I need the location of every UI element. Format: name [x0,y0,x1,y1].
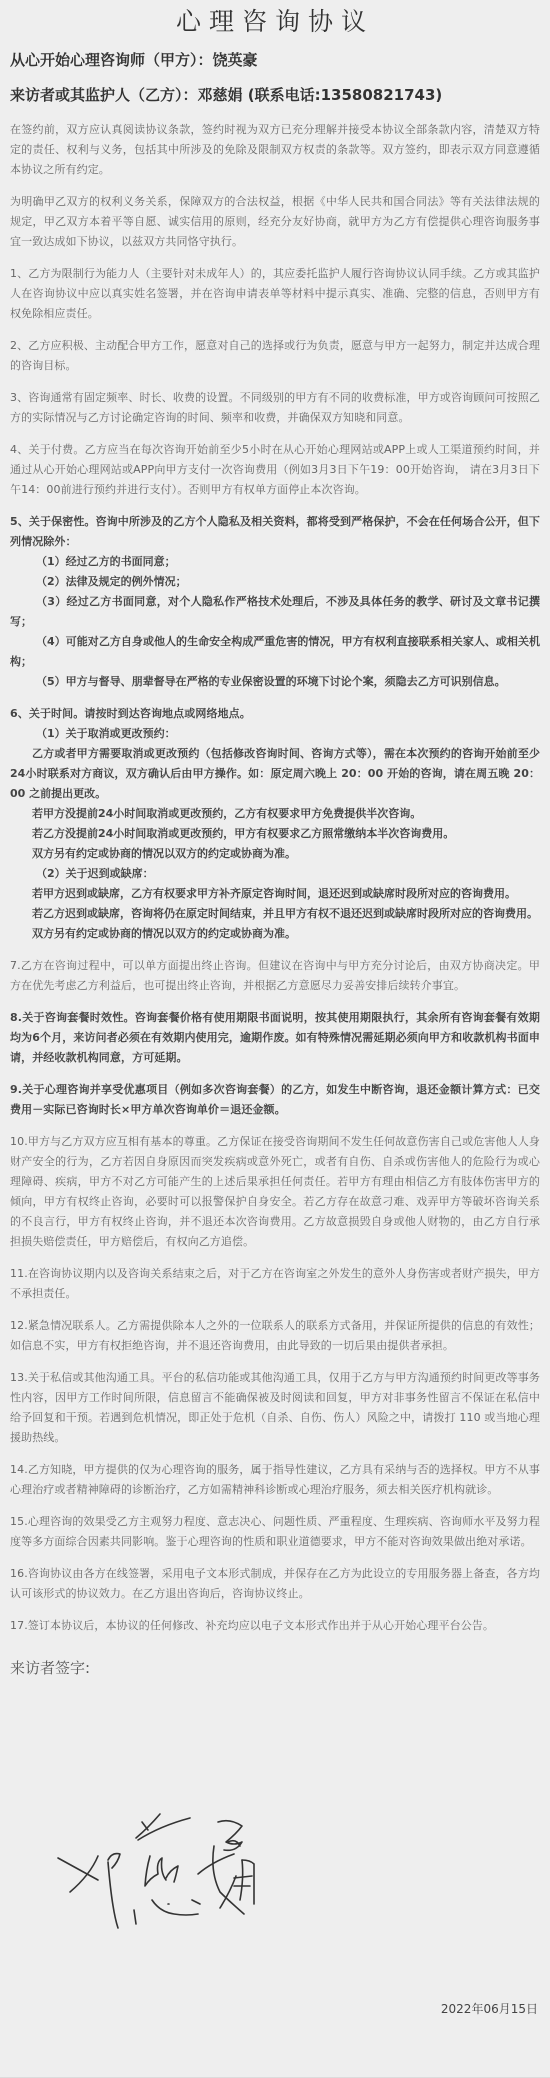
clause-8: 8.关于咨询套餐时效性。咨询套餐价格有使用期限书面说明，按其使用期限执行，其余所… [10,1008,540,1068]
clause-6-sub1-a: 若甲方没提前24小时间取消或更改预约，乙方有权要求甲方免费提供半次咨询。 [10,804,540,824]
clause-6-sub1-c: 双方另有约定或协商的情况以双方的约定或协商为准。 [10,844,540,864]
clause-6-heading: 6、关于时间。请按时到达咨询地点或网络地点。 [10,704,540,724]
clause-6-sub1-body: 乙方或者甲方需要取消或更改预约（包括修改咨询时间、咨询方式等），需在本次预约的咨… [10,744,540,804]
clause-6-sub1-title: （1）关于取消或更改预约： [10,724,540,744]
intro-paragraph-2: 为明确甲乙双方的权利义务关系，保障双方的合法权益，根据《中华人民共和国合同法》等… [10,192,540,252]
clause-15: 15.心理咨询的效果受乙方主观努力程度、意志决心、问题性质、严重程度、生理疾病、… [10,1512,540,1552]
clause-1: 1、乙方为限制行为能力人（主要针对未成年人）的，其应委托监护人履行咨询协议认同手… [10,264,540,324]
clause-10: 10.甲方与乙方双方应互相有基本的尊重。乙方保证在接受咨询期间不发生任何故意伤害… [10,1132,540,1252]
clause-6-time: 6、关于时间。请按时到达咨询地点或网络地点。 （1）关于取消或更改预约： 乙方或… [10,704,540,944]
clause-17: 17.签订本协议后，本协议的任何修改、补充均应以电子文本形式作出并于从心开始心理… [10,1616,540,1636]
clause-9: 9.关于心理咨询并享受优惠项目（例如多次咨询套餐）的乙方，如发生中断咨询，退还金… [10,1080,540,1120]
clause-7: 7.乙方在咨询过程中，可以单方面提出终止咨询。但建议在咨询中与甲方充分讨论后，由… [10,956,540,996]
clause-5-item-1: （1）经过乙方的书面同意； [10,552,540,572]
clause-5-confidentiality: 5、关于保密性。咨询中所涉及的乙方个人隐私及相关资料，都将受到严格保护，不会在任… [10,512,540,692]
clause-3: 3、咨询通常有固定频率、时长、收费的设置。不同级别的甲方有不同的收费标准，甲方或… [10,388,540,428]
document-title: 心理咨询协议 [10,0,540,44]
agreement-document: 心理咨询协议 从心开始心理咨询师（甲方）：饶英豪 来访者或其监护人（乙方）：邓慈… [0,0,550,2078]
clause-5-item-3: （3）经过乙方书面同意，对个人隐私作严格技术处理后，不涉及具体任务的教学、研讨及… [10,592,540,632]
handwritten-signature [50,1800,310,1970]
clause-5-item-5: （5）甲方与督导、朋辈督导在严格的专业保密设置的环境下讨论个案，须隐去乙方可识别… [10,672,540,692]
clause-13: 13.关于私信或其他沟通工具。平台的私信功能或其他沟通工具，仅用于乙方与甲方沟通… [10,1368,540,1448]
intro-paragraph-1: 在签约前，双方应认真阅读协议条款，签约时视为双方已充分理解并接受本协议全部条款内… [10,120,540,180]
clause-6-sub2-a: 若甲方迟到或缺席，乙方有权要求甲方补齐原定咨询时间，退还迟到或缺席时段所对应的咨… [10,884,540,904]
sign-date: 2022年06月15日 [441,2000,538,2017]
clause-5-heading: 5、关于保密性。咨询中所涉及的乙方个人隐私及相关资料，都将受到严格保护，不会在任… [10,512,540,552]
clause-14: 14.乙方知晓，甲方提供的仅为心理咨询的服务，属于指导性建议，乙方具有采纳与否的… [10,1460,540,1500]
signature-label: 来访者签字: [10,1658,540,1678]
clause-16: 16.咨询协议由各方在线签署，采用电子文本形式制成，并保存在乙方为此设立的专用服… [10,1564,540,1604]
clause-6-sub1-b: 若乙方没提前24小时间取消或更改预约，甲方有权要求乙方照常缴纳本半次咨询费用。 [10,824,540,844]
clause-11: 11.在咨询协议期内以及咨询关系结束之后，对于乙方在咨询室之外发生的意外人身伤害… [10,1264,540,1304]
clause-5-item-4: （4）可能对乙方自身或他人的生命安全构成严重危害的情况，甲方有权利直接联系相关家… [10,632,540,672]
party-a-line: 从心开始心理咨询师（甲方）：饶英豪 [10,50,540,70]
clause-6-sub2-b: 若乙方迟到或缺席，咨询将仍在原定时间结束，并且甲方有权不退还迟到或缺席时段所对应… [10,904,540,924]
clause-6-sub2-c: 双方另有约定或协商的情况以双方的约定或协商为准。 [10,924,540,944]
clause-4: 4、关于付费。乙方应当在每次咨询开始前至少5小时在从心开始心理网站或APP上或人… [10,440,540,500]
clause-12: 12.紧急情况联系人。乙方需提供除本人之外的一位联系人的联系方式备用，并保证所提… [10,1316,540,1356]
clause-6-sub2-title: （2）关于迟到或缺席： [10,864,540,884]
party-b-line: 来访者或其监护人（乙方）：邓慈娟 (联系电话:13580821743) [10,85,540,105]
clause-2: 2、乙方应积极、主动配合甲方工作，愿意对自己的选择或行为负责，愿意与甲方一起努力… [10,336,540,376]
clause-5-item-2: （2）法律及规定的例外情况； [10,572,540,592]
